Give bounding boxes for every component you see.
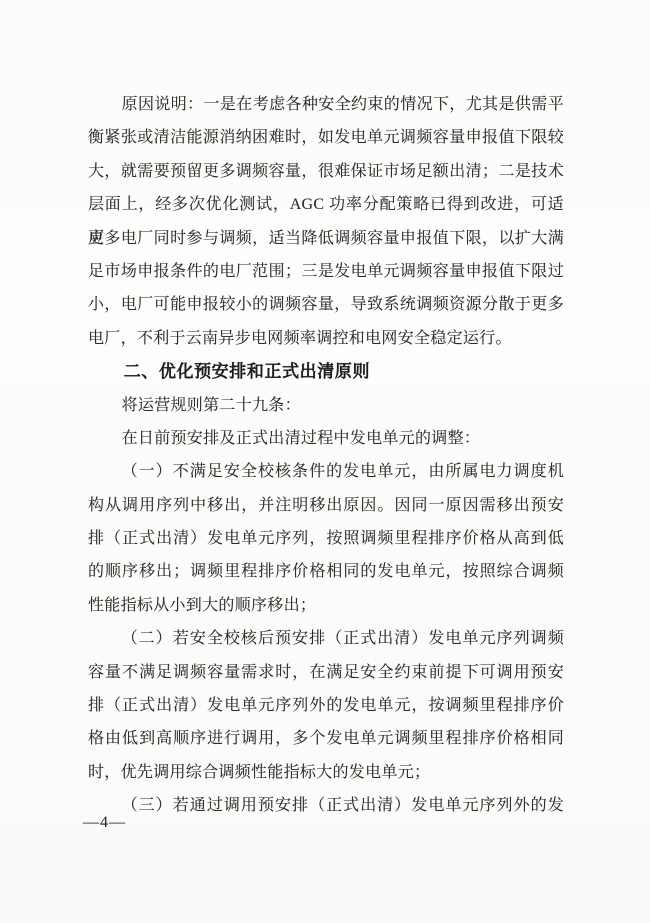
text-line: 时，优先调用综合调频性能指标大的发电单元； bbox=[88, 756, 564, 789]
text-line: 构从调用序列中移出，并注明移出原因。因同一原因需移出预安 bbox=[88, 489, 564, 522]
text-line: 排（正式出清）发电单元序列外的发电单元，按调频里程排序价 bbox=[88, 689, 564, 722]
text-line: 足市场申报条件的电厂范围；三是发电单元调频容量申报值下限过 bbox=[88, 255, 564, 288]
text-line: 格由低到高顺序进行调用，多个发电单元调频里程排序价格相同 bbox=[88, 722, 564, 755]
section-heading: 二、优化预安排和正式出清原则 bbox=[88, 355, 564, 388]
page-number: —4— bbox=[83, 809, 126, 837]
text-line: 衡紧张或清洁能源消纳困难时，如发电单元调频容量申报值下限较 bbox=[88, 121, 564, 154]
text-line: 的顺序移出；调频里程排序价格相同的发电单元，按照综合调频 bbox=[88, 555, 564, 588]
text-line: 在日前预安排及正式出清过程中发电单元的调整： bbox=[88, 422, 564, 455]
text-line: （二）若安全校核后预安排（正式出清）发电单元序列调频 bbox=[88, 622, 564, 655]
text-line: 排（正式出清）发电单元序列，按照调频里程排序价格从高到低 bbox=[88, 522, 564, 555]
text-line: （三）若通过调用预安排（正式出清）发电单元序列外的发 bbox=[88, 789, 564, 822]
text-line: 小，电厂可能申报较小的调频容量，导致系统调频资源分散于更多 bbox=[88, 288, 564, 321]
text-line: 更多电厂同时参与调频，适当降低调频容量申报值下限，以扩大满 bbox=[88, 222, 564, 255]
text-line: 性能指标从小到大的顺序移出； bbox=[88, 589, 564, 622]
document-text-block: 原因说明：一是在考虑各种安全约束的情况下，尤其是供需平衡紧张或清洁能源消纳困难时… bbox=[88, 88, 564, 823]
document-page: 原因说明：一是在考虑各种安全约束的情况下，尤其是供需平衡紧张或清洁能源消纳困难时… bbox=[0, 0, 650, 923]
text-line: 容量不满足调频容量需求时，在满足安全约束前提下可调用预安 bbox=[88, 656, 564, 689]
text-line: （一）不满足安全校核条件的发电单元，由所属电力调度机 bbox=[88, 455, 564, 488]
text-line: 大，就需要预留更多调频容量，很难保证市场足额出清；二是技术 bbox=[88, 155, 564, 188]
text-line: 原因说明：一是在考虑各种安全约束的情况下，尤其是供需平 bbox=[88, 88, 564, 121]
text-line: 将运营规则第二十九条： bbox=[88, 389, 564, 422]
text-line: 层面上，经多次优化测试，AGC 功率分配策略已得到改进，可适应 bbox=[88, 188, 564, 221]
text-line: 电厂，不利于云南异步电网频率调控和电网安全稳定运行。 bbox=[88, 322, 564, 355]
